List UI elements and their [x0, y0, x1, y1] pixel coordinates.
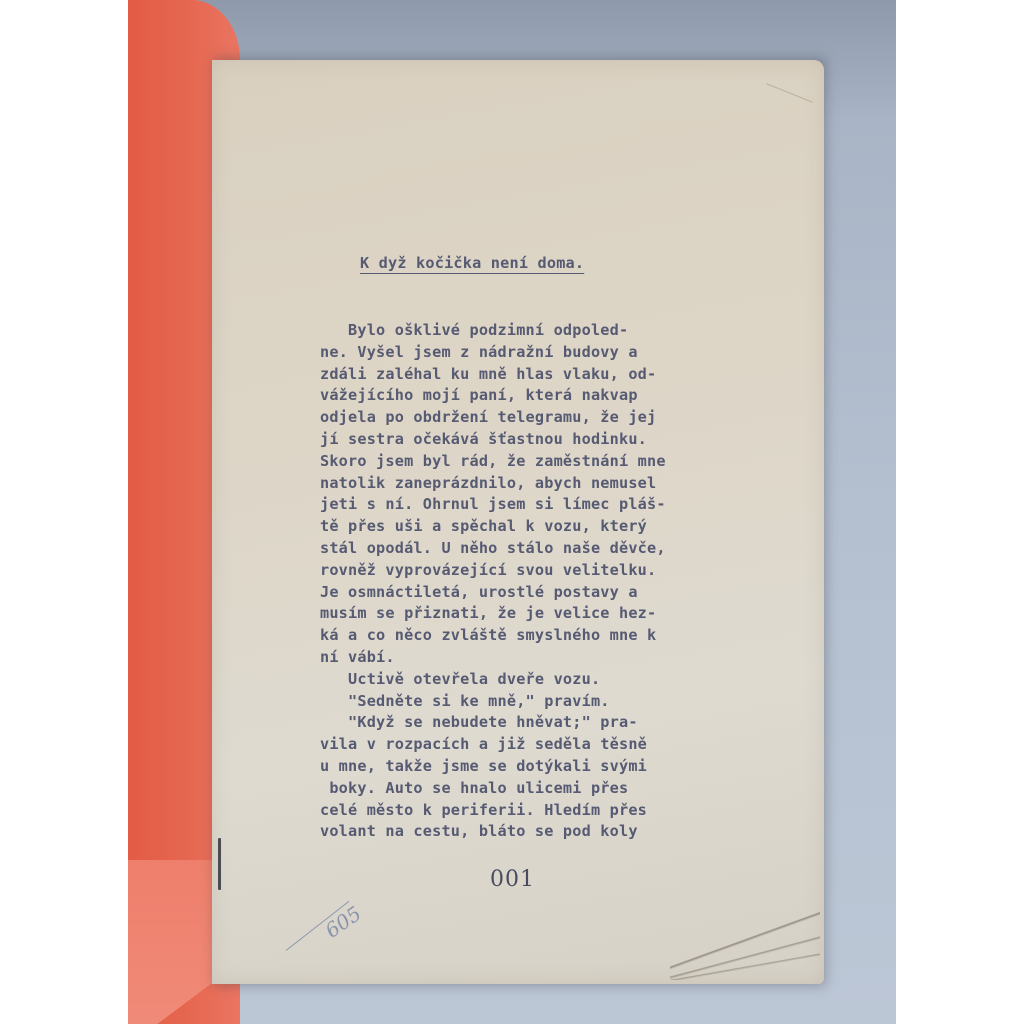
- text-line: ne. Vyšel jsem z nádražní budovy a: [320, 342, 666, 364]
- text-line: "Sedněte si ke mně," pravím.: [320, 691, 666, 713]
- left-margin: [0, 0, 128, 1024]
- text-line: odjela po obdržení telegramu, že jej: [320, 407, 666, 429]
- text-line: rovněž vyprovázející svou velitelku.: [320, 560, 666, 582]
- text-line: musím se přiznati, že je velice hez-: [320, 603, 666, 625]
- text-line: stál opodál. U něho stálo naše děvče,: [320, 538, 666, 560]
- corner-crease: [766, 55, 824, 102]
- page-number: 001: [490, 867, 535, 892]
- right-margin: [896, 0, 1024, 1024]
- text-line: celé město k periferii. Hledím přes: [320, 800, 666, 822]
- text-line: ní vábí.: [320, 647, 666, 669]
- document-photo: K dyž kočička není doma. Bylo ošklivé po…: [128, 0, 896, 1024]
- text-line: u mne, takže jsme se dotýkali svými: [320, 756, 666, 778]
- text-line: Skoro jsem byl rád, že zaměstnání mne: [320, 451, 666, 473]
- text-line: jí sestra očekává šťastnou hodinku.: [320, 429, 666, 451]
- text-line: natolik zaneprázdnilo, abych nemusel: [320, 473, 666, 495]
- text-line: jeti s ní. Ohrnul jsem si límec pláš-: [320, 494, 666, 516]
- text-line: Uctivě otevřela dveře vozu.: [320, 669, 666, 691]
- text-line: tě přes uši a spěchal k vozu, který: [320, 516, 666, 538]
- document-title: K dyž kočička není doma.: [360, 254, 584, 272]
- staple-icon: [218, 838, 221, 890]
- text-line: "Když se nebudete hněvat;" pra-: [320, 712, 666, 734]
- torn-corner: [670, 910, 820, 980]
- text-line: Bylo ošklivé podzimní odpoled-: [320, 320, 666, 342]
- text-line: ká a co něco zvláště smyslného mne k: [320, 625, 666, 647]
- text-line: volant na cestu, bláto se pod koly: [320, 821, 666, 843]
- text-line: vážejícího mojí paní, která nakvap: [320, 385, 666, 407]
- text-line: zdáli zaléhal ku mně hlas vlaku, od-: [320, 364, 666, 386]
- document-body: Bylo ošklivé podzimní odpoled-ne. Vyšel …: [320, 320, 666, 843]
- text-line: vila v rozpacích a již seděla těsně: [320, 734, 666, 756]
- text-line: Je osmnáctiletá, urostlé postavy a: [320, 582, 666, 604]
- text-line: boky. Auto se hnalo ulicemi přes: [320, 778, 666, 800]
